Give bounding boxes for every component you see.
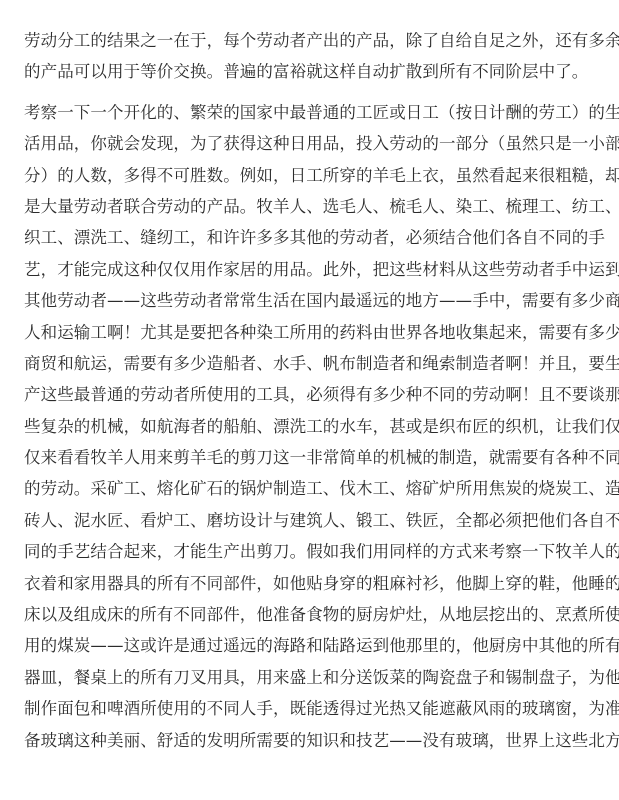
- text-line: 商贸和航运，需要有多少造船者、水手、帆布制造者和绳索制造者啊！并且，要生: [24, 348, 604, 379]
- text-line: 仅来看看牧羊人用来剪羊毛的剪刀这一非常简单的机械的制造，就需要有各种不同: [24, 442, 604, 473]
- text-line: 艺，才能完成这种仅仅用作家居的用品。此外，把这些材料从这些劳动者手中运到: [24, 254, 604, 285]
- text-line: 些复杂的机械，如航海者的船舶、漂洗工的水车，甚或是织布匠的织机，让我们仅: [24, 411, 604, 442]
- document-body: 劳动分工的结果之一在于，每个劳动者产出的产品，除了自给自足之外，还有多余 的产品…: [24, 25, 604, 756]
- text-line: 考察一下一个开化的、繁荣的国家中最普通的工匠或日工（按日计酬的劳工）的生: [24, 97, 604, 128]
- text-line: 备玻璃这种美丽、舒适的发明所需要的知识和技艺——没有玻璃，世界上这些北方: [24, 725, 604, 756]
- text-line: 活用品，你就会发现，为了获得这种日用品，投入劳动的一部分（虽然只是一小部: [24, 128, 604, 159]
- paragraph-1: 劳动分工的结果之一在于，每个劳动者产出的产品，除了自给自足之外，还有多余 的产品…: [24, 25, 604, 88]
- paragraph-2: 考察一下一个开化的、繁荣的国家中最普通的工匠或日工（按日计酬的劳工）的生 活用品…: [24, 97, 604, 756]
- text-line: 制作面包和啤酒所使用的不同人手，既能透得过光热又能遮蔽风雨的玻璃窗，为准: [24, 693, 604, 724]
- text-line: 产这些最普通的劳动者所使用的工具，必须得有多少种不同的劳动啊！且不要谈那: [24, 379, 604, 410]
- text-line: 织工、漂洗工、缝纫工，和许许多多其他的劳动者，必须结合他们各自不同的手: [24, 222, 604, 253]
- text-line: 同的手艺结合起来，才能生产出剪刀。假如我们用同样的方式来考察一下牧羊人的: [24, 536, 604, 567]
- text-line: 分）的人数，多得不可胜数。例如，日工所穿的羊毛上衣，虽然看起来很粗糙，却: [24, 160, 604, 191]
- text-line: 器皿，餐桌上的所有刀叉用具，用来盛上和分送饭菜的陶瓷盘子和锡制盘子，为他: [24, 662, 604, 693]
- text-line: 衣着和家用器具的所有不同部件，如他贴身穿的粗麻衬衫，他脚上穿的鞋，他睡的: [24, 568, 604, 599]
- text-line: 床以及组成床的所有不同部件，他准备食物的厨房炉灶，从地层挖出的、烹煮所使: [24, 599, 604, 630]
- text-line: 的产品可以用于等价交换。普遍的富裕就这样自动扩散到所有不同阶层中了。: [24, 56, 604, 87]
- text-line: 是大量劳动者联合劳动的产品。牧羊人、选毛人、梳毛人、染工、梳理工、纺工、: [24, 191, 604, 222]
- text-line: 砖人、泥水匠、看炉工、磨坊设计与建筑人、锻工、铁匠，全都必须把他们各自不: [24, 505, 604, 536]
- text-line: 用的煤炭——这或许是通过遥远的海路和陆路运到他那里的，他厨房中其他的所有: [24, 630, 604, 661]
- text-line: 其他劳动者——这些劳动者常常生活在国内最遥远的地方——手中，需要有多少商: [24, 285, 604, 316]
- text-line: 人和运输工啊！尤其是要把各种染工所用的药料由世界各地收集起来，需要有多少: [24, 317, 604, 348]
- text-line: 的劳动。采矿工、熔化矿石的锅炉制造工、伐木工、熔矿炉所用焦炭的烧炭工、造: [24, 473, 604, 504]
- text-line: 劳动分工的结果之一在于，每个劳动者产出的产品，除了自给自足之外，还有多余: [24, 25, 604, 56]
